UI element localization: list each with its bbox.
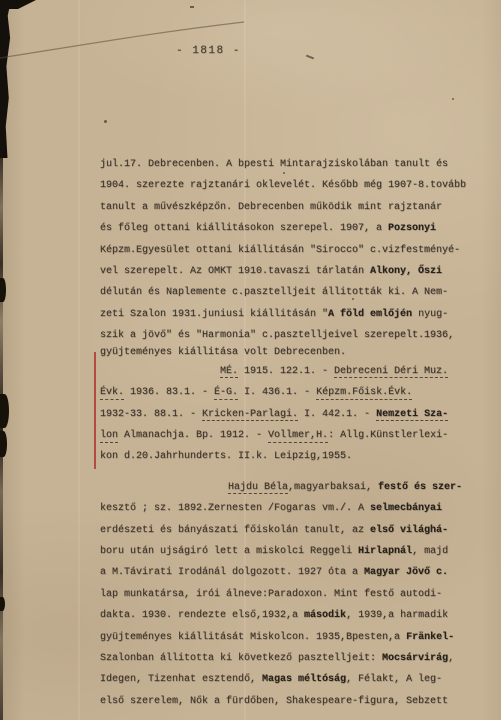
- text-segment: tanult a művészképzőn. Debrecenben működ…: [100, 202, 442, 213]
- paper-crease-line: [0, 0, 250, 70]
- text-line: Szalonban állitotta ki következő pasztel…: [100, 648, 480, 669]
- scanner-stripe: [78, 0, 80, 720]
- underlined-text: Nemzeti Sza-: [376, 409, 448, 422]
- text-segment: festő és szer-: [378, 482, 462, 493]
- text-segment: Mocsárvirág: [382, 653, 448, 664]
- text-line: tanult a művészképzőn. Debrecenben működ…: [100, 197, 480, 218]
- underlined-text: Évk.: [100, 387, 124, 400]
- text-segment: Hirlapnál: [358, 546, 412, 557]
- text-segment: Alkony, Őszi: [370, 266, 442, 277]
- text-segment: Fränkel-: [406, 632, 454, 643]
- underlined-text: Képzm.Főisk.Évk.: [316, 387, 412, 400]
- scan-edge-blob: [0, 597, 5, 611]
- text-segment: boru után ujságiró lett a miskolci Regge…: [100, 546, 358, 557]
- text-line: Idegen, Tizenhat esztendő, Magas méltósá…: [100, 669, 480, 690]
- text-line: dakta. 1930. rendezte első,1932,a másodi…: [100, 605, 480, 626]
- underlined-text: Kricken-Parlagi.: [202, 409, 298, 422]
- text-segment: 1904. szerezte rajztanári oklevelét. Kés…: [100, 180, 466, 191]
- ink-speck: [104, 120, 107, 123]
- text-segment: nyug-: [412, 309, 448, 320]
- typewritten-text: jul.17. Debrecenben. A bpesti Mintarajzi…: [100, 154, 480, 712]
- text-segment: Magyar Jövő c.: [364, 567, 448, 578]
- text-segment: Képzm.Egyesület ottani kiállitásán "Siro…: [100, 245, 460, 256]
- text-line: MÉ. 1915. 122.1. - Debreceni Déri Muz.: [100, 361, 480, 382]
- text-segment: , majd: [412, 546, 448, 557]
- text-segment: Idegen, Tizenhat esztendő,: [100, 674, 262, 685]
- text-segment: , 1939,a harmadik: [346, 610, 448, 621]
- text-segment: 1932-33. 88.1. -: [100, 409, 202, 420]
- underlined-text: lon: [100, 430, 118, 443]
- text-line: erdészeti és bányászati főiskolán tanult…: [100, 520, 480, 541]
- text-segment: erdészeti és bányászati főiskolán tanult…: [100, 525, 370, 536]
- text-segment: Magas méltóság: [262, 674, 346, 685]
- text-line: kon d.20.Jahrhunderts. II.k. Leipzig,195…: [100, 446, 480, 467]
- text-segment: gyüjteményes kiállitását Miskolcon. 1935…: [100, 632, 406, 643]
- text-segment: Almanachja. Bp. 1912. -: [118, 430, 268, 441]
- text-segment: ,: [448, 653, 454, 664]
- text-line: a M.Távirati Irodánál dolgozott. 1927 ót…: [100, 562, 480, 583]
- scan-edge-blob: [0, 278, 6, 302]
- text-segment: ,magyarbaksai,: [288, 482, 378, 493]
- text-line: jul.17. Debrecenben. A bpesti Mintarajzi…: [100, 154, 480, 175]
- text-segment: selmecbányai: [370, 503, 442, 514]
- text-segment: és főleg ottani kiállitásokon szerepel. …: [100, 223, 388, 234]
- text-line: 1904. szerezte rajztanári oklevelét. Kés…: [100, 175, 480, 196]
- text-segment: zeti Szalon 1931.juniusi kiállitásán ": [100, 309, 328, 320]
- ink-speck: [190, 6, 194, 8]
- underlined-text: Debreceni Déri Muz.: [334, 366, 448, 379]
- text-line: boru után ujságiró lett a miskolci Regge…: [100, 541, 480, 562]
- text-line: Képzm.Egyesület ottani kiállitásán "Siro…: [100, 240, 480, 261]
- text-line: lap munkatársa, irói álneve:Paradoxon. M…: [100, 584, 480, 605]
- text-segment: : Allg.Künstlerlexi-: [328, 430, 448, 441]
- text-segment: dakta. 1930. rendezte első,1932,a: [100, 610, 304, 621]
- text-segment: jul.17. Debrecenben. A bpesti Mintarajzi…: [100, 159, 448, 170]
- text-line: gyüjteményes kiállitását Miskolcon. 1935…: [100, 627, 480, 648]
- text-line: első szerelem, Nők a fürdőben, Shakespea…: [100, 691, 480, 712]
- red-margin-line: [94, 352, 96, 469]
- text-line: lon Almanachja. Bp. 1912. - Vollmer,H.: …: [100, 425, 480, 446]
- text-segment: szik a jövő" és "Harmonia" c.pasztelljei…: [100, 330, 454, 341]
- text-segment: I. 436.1. -: [238, 387, 316, 398]
- text-segment: lap munkatársa, irói álneve:Paradoxon. M…: [100, 589, 442, 600]
- text-segment: első szerelem, Nők a fürdőben, Shakespea…: [100, 696, 448, 707]
- text-segment: Pozsonyi: [388, 223, 436, 234]
- text-segment: második: [304, 610, 346, 621]
- text-segment: 1936. 83.1. -: [124, 387, 214, 398]
- underlined-text: Vollmer,H.: [268, 430, 328, 443]
- text-line: kesztő ; sz. 1892.Zernesten /Fogaras vm.…: [100, 498, 480, 519]
- underlined-text: Hajdu Béla: [228, 482, 288, 495]
- text-segment: a M.Távirati Irodánál dolgozott. 1927 ót…: [100, 567, 364, 578]
- scanned-document-page: - 1818 - jul.17. Debrecenben. A bpesti M…: [0, 0, 501, 720]
- text-line: Évk. 1936. 83.1. - É-G. I. 436.1. - Képz…: [100, 382, 480, 403]
- text-line: és főleg ottani kiállitásokon szerepel. …: [100, 218, 480, 239]
- underlined-text: É-G.: [214, 387, 238, 400]
- paragraph-entry-hajdu-bela: Hajdu Béla,magyarbaksai, festő és szer-k…: [100, 477, 480, 712]
- text-line: 1932-33. 88.1. - Kricken-Parlagi. I. 442…: [100, 404, 480, 425]
- text-segment: , Félakt, A leg-: [346, 674, 442, 685]
- text-segment: A föld emlőjén: [328, 309, 412, 320]
- underlined-text: MÉ.: [220, 366, 238, 379]
- ink-speck: [452, 98, 454, 100]
- paragraph-bibliography: MÉ. 1915. 122.1. - Debreceni Déri Muz.Év…: [100, 361, 480, 468]
- text-segment: első világhá-: [370, 525, 448, 536]
- text-line: zeti Szalon 1931.juniusi kiállitásán "A …: [100, 304, 480, 325]
- text-line: délután és Naplemente c.pasztelljeit áll…: [100, 282, 480, 303]
- text-segment: Szalonban állitotta ki következő pasztel…: [100, 653, 382, 664]
- text-segment: gyüjteményes kiállitása volt Debrecenben…: [100, 347, 346, 358]
- text-line: Hajdu Béla,magyarbaksai, festő és szer-: [100, 477, 480, 498]
- ink-speck: [306, 55, 314, 60]
- text-segment: I. 442.1. -: [298, 409, 376, 420]
- scan-edge-blob: [0, 394, 9, 428]
- text-segment: délután és Naplemente c.pasztelljeit áll…: [100, 287, 448, 298]
- scan-edge-blob: [0, 431, 7, 457]
- text-segment: vel szerepelt. Az OMKT 1910.tavaszi tárl…: [100, 266, 370, 277]
- text-segment: kesztő ; sz. 1892.Zernesten /Fogaras vm.…: [100, 503, 370, 514]
- paragraph-entry-continuation: jul.17. Debrecenben. A bpesti Mintarajzi…: [100, 154, 480, 363]
- text-segment: 1915. 122.1. -: [238, 366, 334, 377]
- page-number: - 1818 -: [176, 45, 241, 57]
- text-segment: kon d.20.Jahrhunderts. II.k. Leipzig,195…: [100, 451, 352, 462]
- text-line: vel szerepelt. Az OMKT 1910.tavaszi tárl…: [100, 261, 480, 282]
